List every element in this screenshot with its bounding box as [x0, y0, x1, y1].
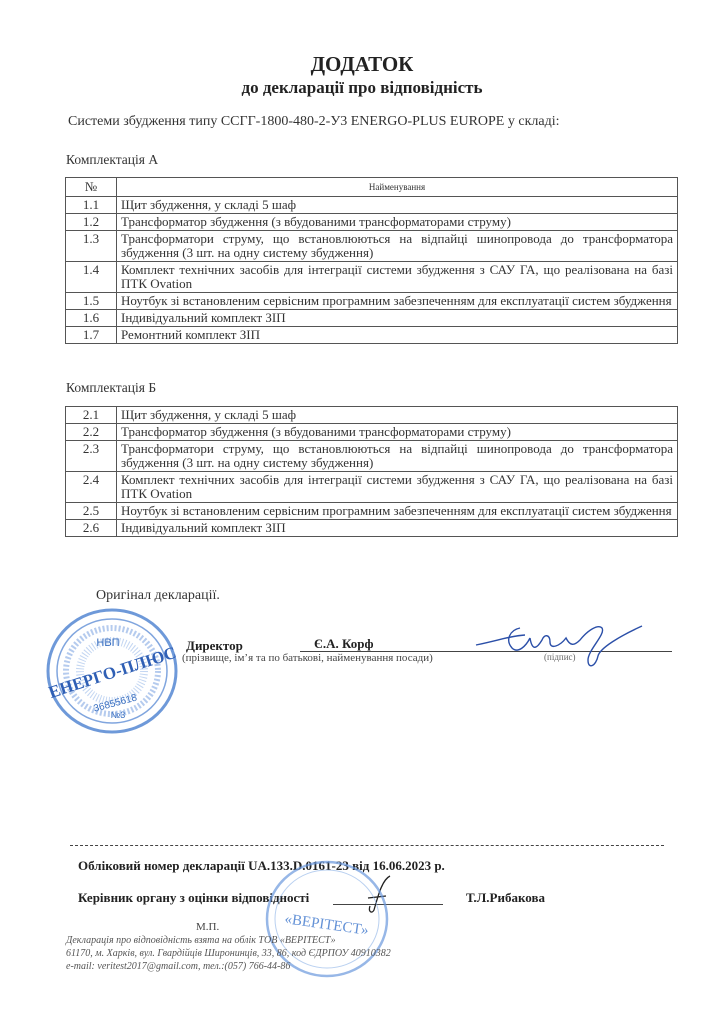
- row-text: Комплект технічних засобів для інтеграці…: [117, 472, 678, 503]
- row-text: Щит збудження, у складі 5 шаф: [117, 197, 678, 214]
- company-stamp-icon: НВП ЕНЕРГО-ПЛЮС 36855618 №3: [44, 606, 180, 736]
- table-row: 2.5Ноутбук зі встановленим сервісним про…: [66, 503, 678, 520]
- row-num: 2.2: [66, 424, 117, 441]
- header-name: Найменування: [117, 178, 678, 197]
- footer-line-3: e-mail: veritest2017@gmail.com, тел.:(05…: [66, 961, 290, 972]
- row-text: Трансформатори струму, що встановлюються…: [117, 231, 678, 262]
- head-name: Т.Л.Рибакова: [466, 890, 545, 906]
- row-text: Комплект технічних засобів для інтеграці…: [117, 262, 678, 293]
- stamp-number-text: №3: [111, 710, 126, 720]
- row-text: Трансформатор збудження (з вбудованими т…: [117, 424, 678, 441]
- document-subtitle: до декларації про відповідність: [0, 78, 724, 98]
- row-num: 1.2: [66, 214, 117, 231]
- row-num: 2.4: [66, 472, 117, 503]
- row-num: 1.6: [66, 310, 117, 327]
- row-num: 2.1: [66, 407, 117, 424]
- table-row: 2.4Комплект технічних засобів для інтегр…: [66, 472, 678, 503]
- row-text: Індивідуальний комплект ЗІП: [117, 310, 678, 327]
- row-num: 1.7: [66, 327, 117, 344]
- director-name: Є.А. Корф: [314, 636, 373, 652]
- position-caption: (прізвище, ім’я та по батькові, найменув…: [182, 652, 433, 664]
- table-row: 1.3Трансформатори струму, що встановлюют…: [66, 231, 678, 262]
- table-header-row: № Найменування: [66, 178, 678, 197]
- stamp-code-text: 36855618: [92, 692, 138, 714]
- mp-label: М.П.: [196, 921, 219, 933]
- table-row: 1.5Ноутбук зі встановленим сервісним про…: [66, 293, 678, 310]
- head-label: Керівник органу з оцінки відповідності: [78, 890, 309, 906]
- row-text: Ноутбук зі встановленим сервісним програ…: [117, 293, 678, 310]
- head-signature-icon: [360, 872, 400, 916]
- header-num: №: [66, 178, 117, 197]
- table-row: 2.1Щит збудження, у складі 5 шаф: [66, 407, 678, 424]
- row-text: Щит збудження, у складі 5 шаф: [117, 407, 678, 424]
- table-row: 1.6Індивідуальний комплект ЗІП: [66, 310, 678, 327]
- row-num: 1.3: [66, 231, 117, 262]
- table-row: 2.6Індивідуальний комплект ЗІП: [66, 520, 678, 537]
- stamp-top-text: НВП: [96, 637, 119, 649]
- row-num: 1.5: [66, 293, 117, 310]
- intro-text: Системи збудження типу ССГГ-1800-480-2-У…: [68, 114, 559, 130]
- row-text: Ноутбук зі встановленим сервісним програ…: [117, 503, 678, 520]
- table-row: 2.3Трансформатори струму, що встановлюют…: [66, 441, 678, 472]
- row-num: 2.3: [66, 441, 117, 472]
- footer-line-2: 61170, м. Харків, вул. Гвардійців Широни…: [66, 948, 391, 959]
- row-text: Трансформатори струму, що встановлюються…: [117, 441, 678, 472]
- row-num: 1.1: [66, 197, 117, 214]
- original-note: Оригінал декларації.: [96, 588, 220, 604]
- set-b-table: 2.1Щит збудження, у складі 5 шаф 2.2Тран…: [65, 406, 678, 537]
- table-row: 2.2Трансформатор збудження (з вбудованим…: [66, 424, 678, 441]
- stamp-center-text: ЕНЕРГО-ПЛЮС: [46, 643, 178, 702]
- director-signature-icon: [470, 610, 650, 670]
- set-b-label: Комплектація Б: [66, 380, 156, 396]
- set-a-label: Комплектація А: [66, 152, 158, 168]
- table-row: 1.1Щит збудження, у складі 5 шаф: [66, 197, 678, 214]
- row-num: 2.6: [66, 520, 117, 537]
- set-a-table: № Найменування 1.1Щит збудження, у склад…: [65, 177, 678, 344]
- footer-line-1: Декларація про відповідність взята на об…: [66, 935, 336, 946]
- separator-dashed: [70, 845, 664, 846]
- row-text: Ремонтний комплект ЗІП: [117, 327, 678, 344]
- table-row: 1.2Трансформатор збудження (з вбудованим…: [66, 214, 678, 231]
- row-text: Індивідуальний комплект ЗІП: [117, 520, 678, 537]
- row-text: Трансформатор збудження (з вбудованими т…: [117, 214, 678, 231]
- row-num: 1.4: [66, 262, 117, 293]
- document-title: ДОДАТОК: [0, 52, 724, 77]
- row-num: 2.5: [66, 503, 117, 520]
- table-row: 1.7Ремонтний комплект ЗІП: [66, 327, 678, 344]
- table-row: 1.4Комплект технічних засобів для інтегр…: [66, 262, 678, 293]
